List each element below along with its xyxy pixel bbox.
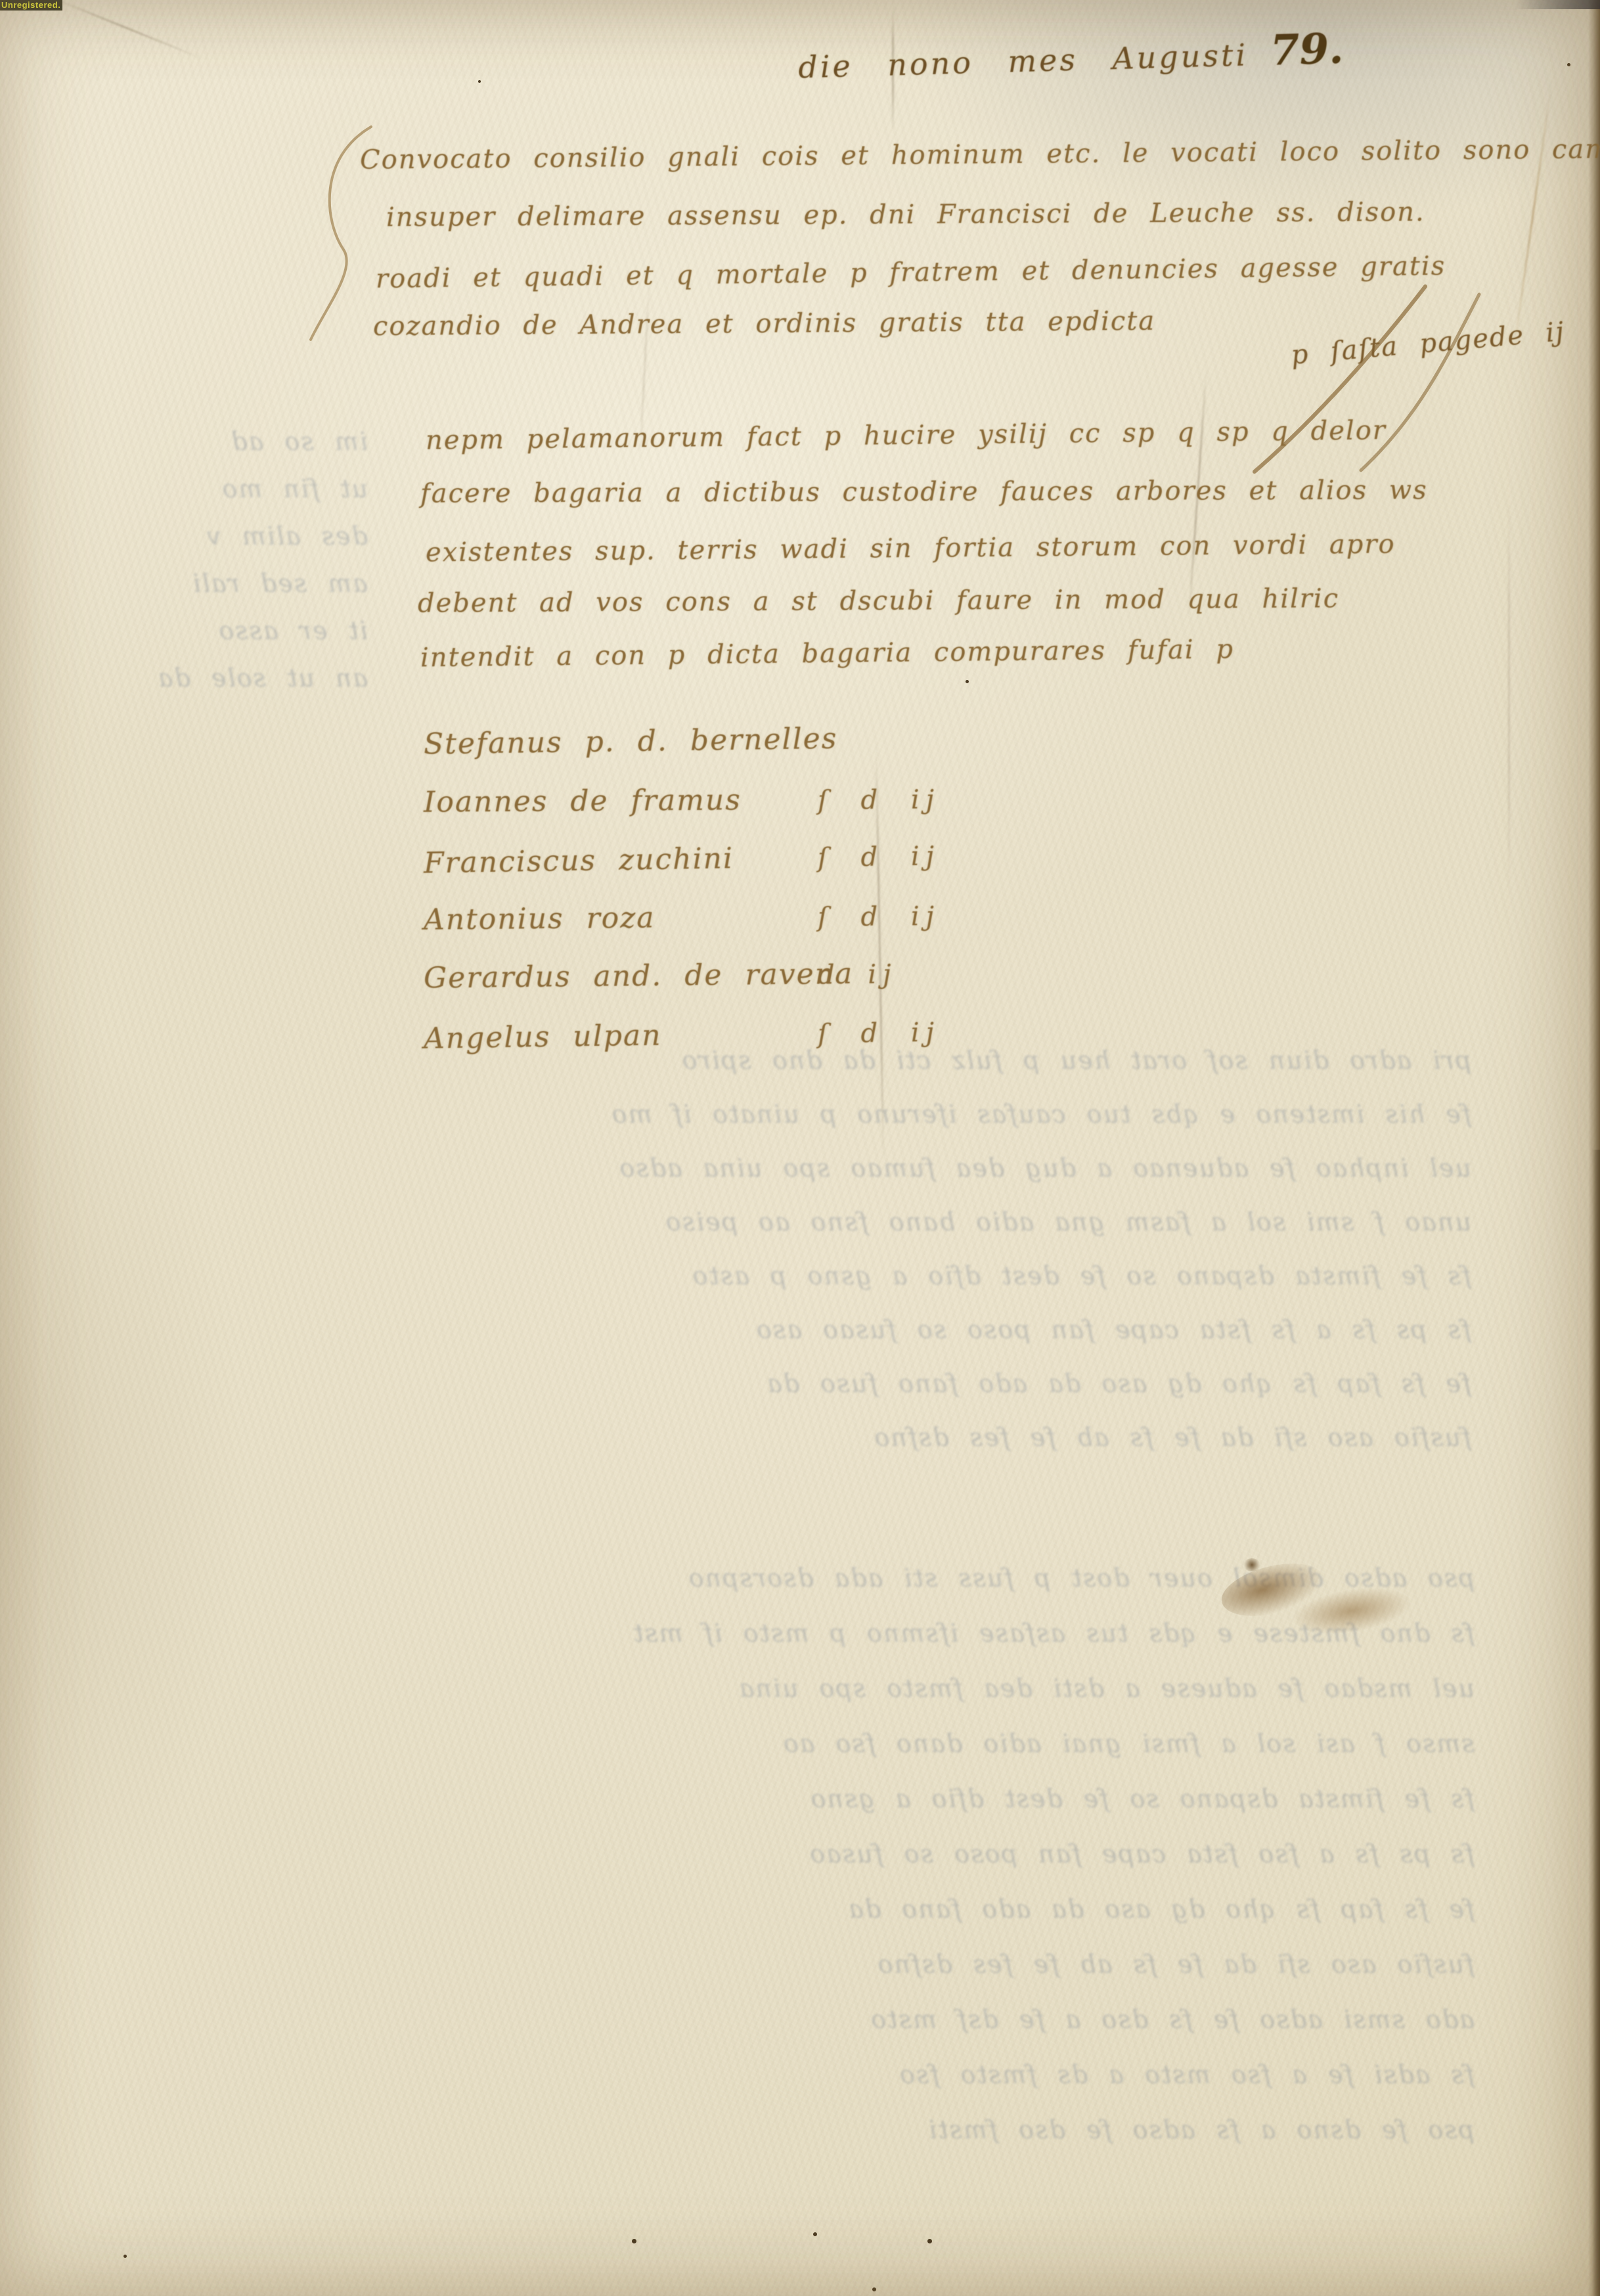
manuscript-line: cozandio de Andrea et ordinis gratis tta… xyxy=(373,306,1156,342)
date-text: die nono mes Augusti xyxy=(798,37,1249,85)
scanner-watermark: Unregistered. xyxy=(0,0,62,11)
roster-name: Antonius roza xyxy=(424,901,656,937)
ink-stain xyxy=(1243,1558,1260,1571)
roster-amount: ſ d ij xyxy=(818,901,941,933)
roster-name: Angelus ulpan xyxy=(424,1019,662,1056)
roster-row: Antonius roza ſ d ij xyxy=(424,897,1146,937)
ink-speck xyxy=(872,2287,876,2291)
ink-speck xyxy=(632,2239,636,2243)
roster-name: Franciscus zuchini xyxy=(424,842,734,880)
manuscript-line: insuper delimare assensu ep. dni Francis… xyxy=(386,197,1425,233)
ink-speck xyxy=(927,2239,932,2243)
manuscript-line: intendit a con p dicta bagaria compurare… xyxy=(420,635,1234,673)
ink-speck xyxy=(966,680,969,683)
manuscript-line: Convocato consilio gnali cois et hominum… xyxy=(360,133,1600,175)
roster-row: Franciscus zuchini ſ d ij xyxy=(424,835,1147,880)
roster-name: Ioannes de framus xyxy=(424,783,742,819)
book-edge-dark-lower xyxy=(1592,1150,1600,2296)
manuscript-page: Unregistered. im so adut fin mo des alim… xyxy=(0,0,1600,2296)
roster-row: Ioannes de framus ſ d ij xyxy=(424,780,1146,819)
roster-row: Gerardus and. de ravena d ij xyxy=(424,954,1146,995)
ink-speck xyxy=(1567,63,1570,66)
roster-amount: ſ d ij xyxy=(818,784,941,815)
bleedthrough-block: pri adro diun sof orat heu p fulz cti da… xyxy=(20,1046,1471,1477)
flourish-strokes xyxy=(1209,263,1589,480)
roster-amount: ſ d ij xyxy=(818,841,941,873)
date-year: 79. xyxy=(1270,24,1344,75)
bleedthrough-block: pso adso dimsol ouer dost p fuss sti ada… xyxy=(36,1564,1475,2171)
scan-corner-shadow xyxy=(1515,0,1600,9)
manuscript-line: debent ad vos cons a st dscubi faure in … xyxy=(418,583,1339,618)
paper-fold xyxy=(45,0,204,60)
roster-amount: d ij xyxy=(818,959,898,990)
paper-crease xyxy=(1508,499,1510,893)
manuscript-line: roadi et quadi et q mortale p fratrem et… xyxy=(376,251,1446,294)
ink-speck xyxy=(478,80,481,83)
roster-amount: ſ d ij xyxy=(818,1018,941,1050)
manuscript-line: existentes sup. terris wadi sin fortia s… xyxy=(426,529,1396,568)
manuscript-line: facere bagaria a dictibus custodire fauc… xyxy=(420,475,1428,508)
roster-name: Gerardus and. de ravena xyxy=(424,957,854,995)
sign-off-note: p ſaſta pagede ij xyxy=(1290,317,1567,371)
date-heading: die nono mes Augusti79. xyxy=(797,24,1344,88)
bleedthrough-block: im so adut fin mo des alim vam sed rali … xyxy=(10,427,368,711)
manuscript-line: nepm pelamanorum fact p hucire ysilij cc… xyxy=(426,415,1387,455)
roster-row: Stefanus p. d. bernelles xyxy=(424,717,1147,761)
paper-crack xyxy=(1513,80,1553,353)
ink-speck xyxy=(813,2232,817,2236)
roster-name: Stefanus p. d. bernelles xyxy=(424,722,838,761)
ink-speck xyxy=(123,2255,127,2258)
